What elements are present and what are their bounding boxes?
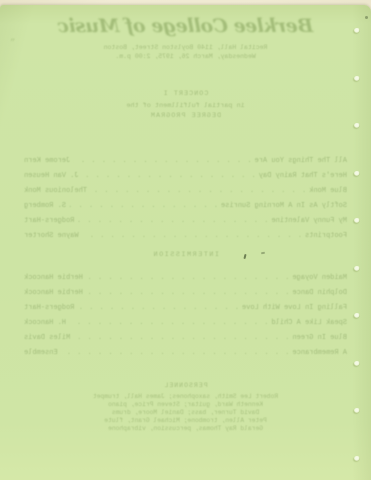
binding-hole: [354, 76, 360, 81]
binding-hole: [354, 408, 360, 413]
binding-hole: [354, 456, 360, 461]
binding-hole: [354, 171, 360, 176]
binding-hole: [354, 218, 360, 223]
scanner-background: Berklee College of Music Recital Hall, 1…: [0, 0, 371, 480]
binding-hole: [354, 123, 360, 128]
binding-hole: [354, 266, 360, 271]
binding-holes-column: [0, 5, 371, 480]
paper-page: Berklee College of Music Recital Hall, 1…: [0, 5, 371, 480]
binding-hole: [354, 28, 360, 33]
binding-hole: [354, 313, 360, 318]
binding-hole: [354, 361, 360, 366]
